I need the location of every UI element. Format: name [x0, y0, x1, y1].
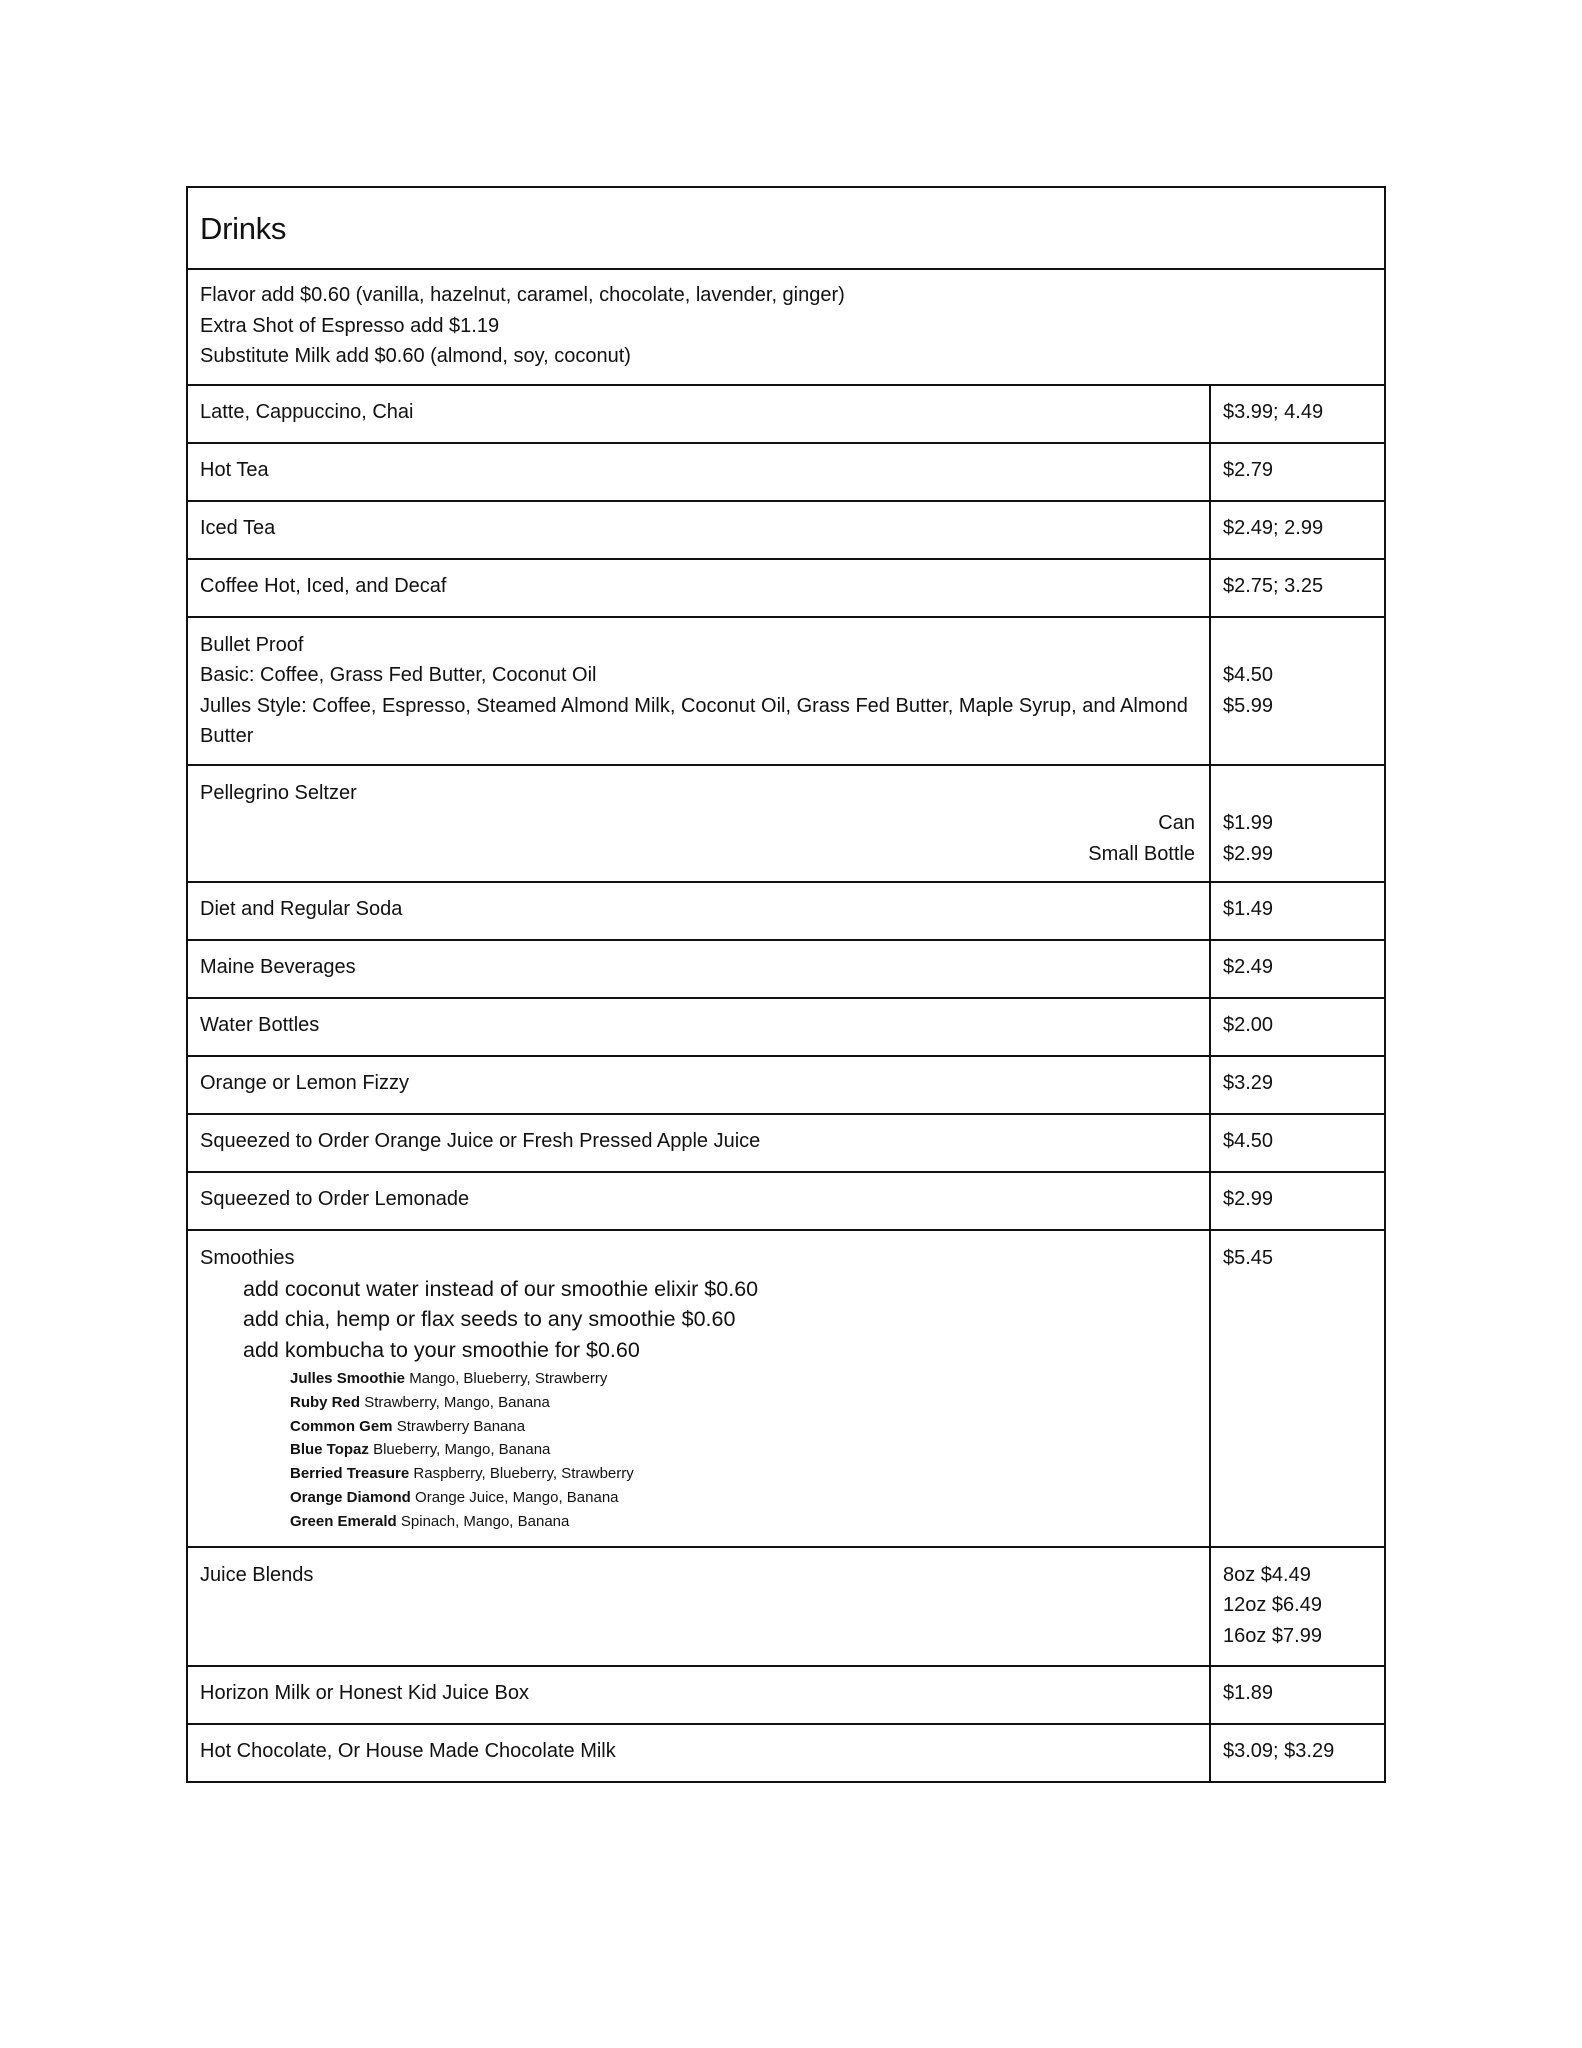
table-row: Squeezed to Order Orange Juice or Fresh …: [187, 1114, 1385, 1172]
table-row: Hot Chocolate, Or House Made Chocolate M…: [187, 1724, 1385, 1782]
juice-blends-price-8oz: 8oz $4.49: [1223, 1560, 1372, 1591]
pellegrino-size-small-bottle: Small Bottle: [200, 839, 1197, 870]
table-row: Orange or Lemon Fizzy $3.29: [187, 1056, 1385, 1114]
bullet-proof-basic-price: $4.50: [1223, 660, 1372, 691]
smoothie-ingredients: Orange Juice, Mango, Banana: [415, 1489, 618, 1506]
smoothie-ingredients: Raspberry, Blueberry, Strawberry: [413, 1465, 633, 1482]
menu-title-row: Drinks: [187, 187, 1385, 269]
pellegrino-can-price: $1.99: [1223, 808, 1372, 839]
list-item: Berried Treasure Raspberry, Blueberry, S…: [290, 1462, 1197, 1486]
item-name: Hot Tea: [187, 443, 1210, 501]
juice-blends-price-16oz: 16oz $7.99: [1223, 1621, 1372, 1652]
pellegrino-name: Pellegrino Seltzer: [200, 778, 1197, 809]
table-row: Squeezed to Order Lemonade $2.99: [187, 1172, 1385, 1230]
item-name: Diet and Regular Soda: [187, 882, 1210, 940]
table-row: Horizon Milk or Honest Kid Juice Box $1.…: [187, 1666, 1385, 1724]
item-name: Iced Tea: [187, 501, 1210, 559]
smoothies-row: Smoothies add coconut water instead of o…: [187, 1230, 1385, 1547]
bullet-proof-julles-style: Julles Style: Coffee, Espresso, Steamed …: [200, 691, 1197, 752]
drinks-menu-table: Drinks Flavor add $0.60 (vanilla, hazeln…: [186, 186, 1386, 1783]
juice-blends-row: Juice Blends 8oz $4.49 12oz $6.49 16oz $…: [187, 1547, 1385, 1666]
item-name: Latte, Cappuccino, Chai: [187, 385, 1210, 443]
list-item: Julles Smoothie Mango, Blueberry, Strawb…: [290, 1367, 1197, 1391]
item-price: $2.49: [1210, 940, 1385, 998]
list-item: Blue Topaz Blueberry, Mango, Banana: [290, 1438, 1197, 1462]
item-name: Water Bottles: [187, 998, 1210, 1056]
item-price: $2.75; 3.25: [1210, 559, 1385, 617]
item-name: Horizon Milk or Honest Kid Juice Box: [187, 1666, 1210, 1724]
note-espresso-shot: Extra Shot of Espresso add $1.19: [200, 311, 1372, 342]
item-price: $1.49: [1210, 882, 1385, 940]
list-item: Common Gem Strawberry Banana: [290, 1415, 1197, 1439]
item-name: Orange or Lemon Fizzy: [187, 1056, 1210, 1114]
smoothie-addon-coconut-water: add coconut water instead of our smoothi…: [200, 1274, 1197, 1305]
juice-blends-price-12oz: 12oz $6.49: [1223, 1590, 1372, 1621]
item-price: $4.50: [1210, 1114, 1385, 1172]
smoothie-name: Green Emerald: [290, 1513, 397, 1530]
smoothie-name: Ruby Red: [290, 1394, 360, 1411]
list-item: Orange Diamond Orange Juice, Mango, Bana…: [290, 1486, 1197, 1510]
item-name: Hot Chocolate, Or House Made Chocolate M…: [187, 1724, 1210, 1782]
smoothie-ingredients: Spinach, Mango, Banana: [401, 1513, 569, 1530]
smoothie-varieties-list: Julles Smoothie Mango, Blueberry, Strawb…: [200, 1365, 1197, 1534]
item-price: $2.00: [1210, 998, 1385, 1056]
note-flavor: Flavor add $0.60 (vanilla, hazelnut, car…: [200, 280, 1372, 311]
item-price: $1.89: [1210, 1666, 1385, 1724]
item-price: $3.09; $3.29: [1210, 1724, 1385, 1782]
table-row: Maine Beverages $2.49: [187, 940, 1385, 998]
smoothie-ingredients: Mango, Blueberry, Strawberry: [409, 1370, 607, 1387]
table-row: Coffee Hot, Iced, and Decaf $2.75; 3.25: [187, 559, 1385, 617]
list-item: Ruby Red Strawberry, Mango, Banana: [290, 1391, 1197, 1415]
item-price: $2.99: [1210, 1172, 1385, 1230]
table-row: Diet and Regular Soda $1.49: [187, 882, 1385, 940]
table-row: Hot Tea $2.79: [187, 443, 1385, 501]
pellegrino-bottle-price: $2.99: [1223, 839, 1372, 870]
table-row: Iced Tea $2.49; 2.99: [187, 501, 1385, 559]
smoothie-addon-seeds: add chia, hemp or flax seeds to any smoo…: [200, 1304, 1197, 1335]
smoothie-ingredients: Strawberry, Mango, Banana: [364, 1394, 550, 1411]
menu-title: Drinks: [200, 211, 286, 246]
item-price: $2.79: [1210, 443, 1385, 501]
item-name: Maine Beverages: [187, 940, 1210, 998]
item-name: Squeezed to Order Orange Juice or Fresh …: [187, 1114, 1210, 1172]
smoothie-name: Orange Diamond: [290, 1489, 411, 1506]
pellegrino-row: Pellegrino Seltzer Can Small Bottle $1.9…: [187, 765, 1385, 883]
smoothie-name: Berried Treasure: [290, 1465, 409, 1482]
item-price: $2.49; 2.99: [1210, 501, 1385, 559]
item-price: $3.29: [1210, 1056, 1385, 1114]
smoothies-name: Smoothies: [200, 1243, 1197, 1274]
note-substitute-milk: Substitute Milk add $0.60 (almond, soy, …: [200, 341, 1372, 372]
bullet-proof-basic: Basic: Coffee, Grass Fed Butter, Coconut…: [200, 660, 1197, 691]
smoothie-name: Common Gem: [290, 1418, 393, 1435]
bullet-proof-name: Bullet Proof: [200, 630, 1197, 661]
item-name: Squeezed to Order Lemonade: [187, 1172, 1210, 1230]
juice-blends-name: Juice Blends: [187, 1547, 1210, 1666]
smoothie-ingredients: Blueberry, Mango, Banana: [373, 1441, 550, 1458]
smoothie-ingredients: Strawberry Banana: [397, 1418, 525, 1435]
bullet-proof-row: Bullet Proof Basic: Coffee, Grass Fed Bu…: [187, 617, 1385, 765]
smoothies-price: $5.45: [1210, 1230, 1385, 1547]
smoothie-addon-kombucha: add kombucha to your smoothie for $0.60: [200, 1335, 1197, 1366]
pellegrino-size-can: Can: [200, 808, 1197, 839]
smoothie-name: Julles Smoothie: [290, 1370, 405, 1387]
table-row: Water Bottles $2.00: [187, 998, 1385, 1056]
menu-notes-row: Flavor add $0.60 (vanilla, hazelnut, car…: [187, 269, 1385, 385]
table-row: Latte, Cappuccino, Chai $3.99; 4.49: [187, 385, 1385, 443]
bullet-proof-julles-price: $5.99: [1223, 691, 1372, 722]
smoothie-name: Blue Topaz: [290, 1441, 369, 1458]
list-item: Green Emerald Spinach, Mango, Banana: [290, 1510, 1197, 1534]
item-price: $3.99; 4.49: [1210, 385, 1385, 443]
item-name: Coffee Hot, Iced, and Decaf: [187, 559, 1210, 617]
